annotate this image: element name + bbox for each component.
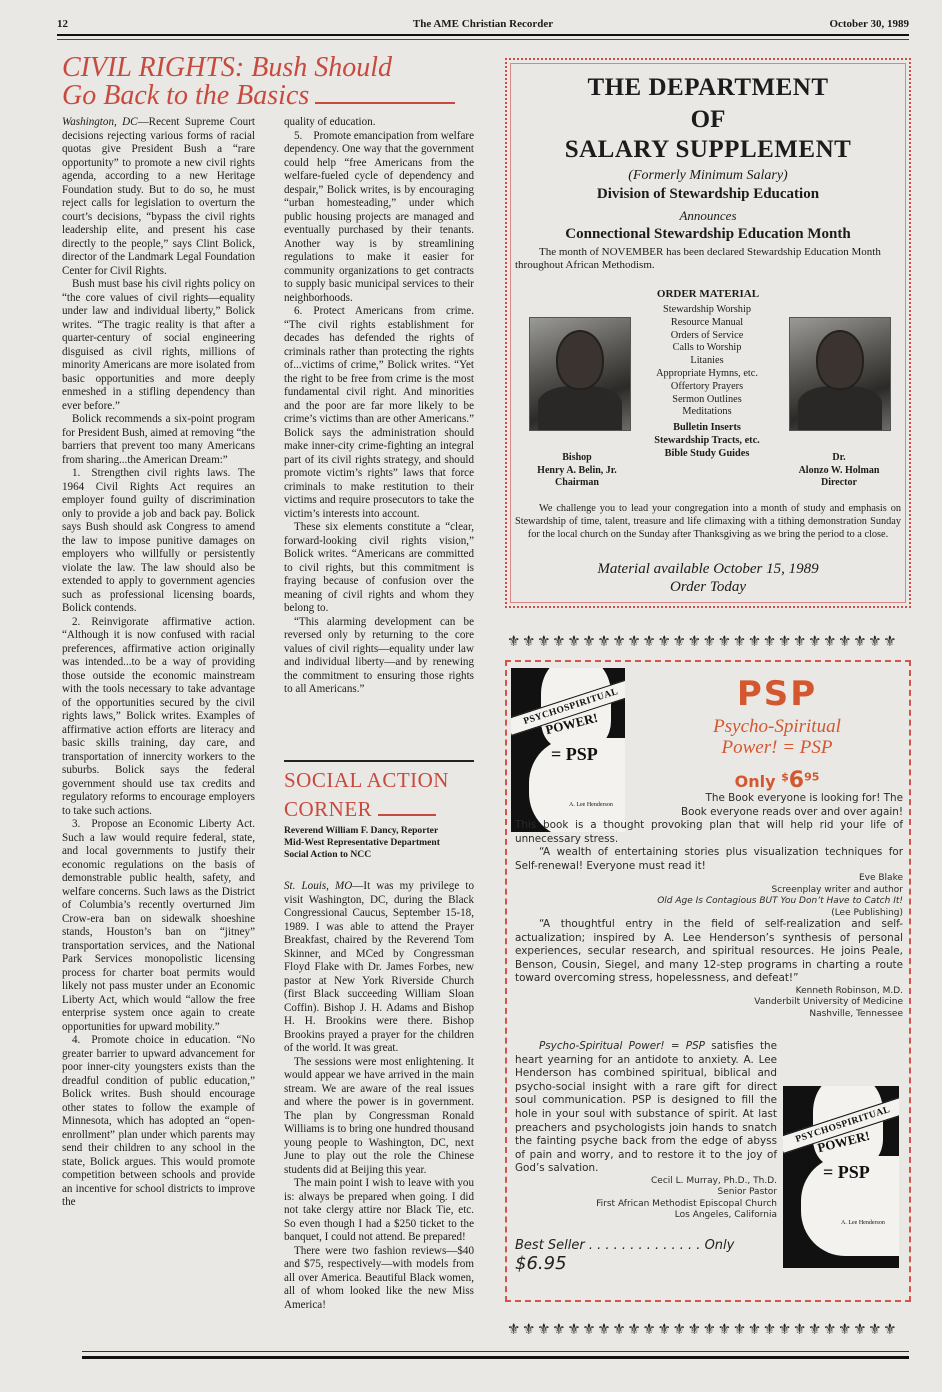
social-action-title: SOCIAL ACTION CORNER [284,766,484,824]
article-column-2: quality of education. 5. Promote emancip… [284,116,474,697]
fleur-de-lis-divider: ⚜⚜⚜⚜⚜⚜⚜⚜⚜⚜⚜⚜⚜⚜⚜⚜⚜⚜⚜⚜⚜⚜⚜⚜⚜⚜ [507,632,909,651]
article-paragraph: 3. Propose an Economic Liberty Act. Such… [62,818,255,1034]
headline-line-1: CIVIL RIGHTS: Bush Should [62,54,482,82]
article-paragraph: St. Louis, MO—It was my privilege to vis… [284,880,474,1056]
testimonial-cecil-murray: Psycho-Spiritual Power! = PSP satisfies … [515,1040,777,1222]
article-paragraph: 4. Promote choice in education. “No grea… [62,1034,255,1210]
article-paragraph: 5. Promote emancipation from welfare dep… [284,130,474,306]
dr-holman-photo [789,317,891,431]
publication-name: The AME Christian Recorder [57,18,909,30]
order-item: Litanies [627,355,787,368]
masthead-rule-thin [57,39,909,40]
masthead: 12 The AME Christian Recorder October 30… [57,18,909,32]
declaration: The month of NOVEMBER has been declared … [515,246,901,272]
article-paragraph: There were two fashion reviews—$40 and $… [284,1245,474,1313]
footer-rule [82,1356,909,1359]
month-title: Connectional Stewardship Education Month [507,226,909,243]
article-paragraph: The main point I wish to leave with you … [284,1177,474,1245]
order-item: Orders of Service [627,330,787,343]
price-tag: Only $695 [647,768,907,793]
book-cover-image: PSYCHOSPIRITUAL POWER! = PSP A. Lee Hend… [783,1086,899,1268]
issue-date: October 30, 1989 [829,18,909,30]
headline-line-2: Go Back to the Basics [62,80,309,111]
order-item: Bulletin Inserts [627,422,787,435]
intro-text: The Book everyone is looking for! The Bo… [515,792,903,846]
order-item: Stewardship Tracts, etc. [627,435,787,448]
title-underline [378,813,436,816]
article-paragraph: Bush must base his civil rights policy o… [62,278,255,413]
order-item: Resource Manual [627,317,787,330]
psp-logo: PSP [647,674,907,714]
salary-supplement-ad: THE DEPARTMENT OF SALARY SUPPLEMENT (For… [505,58,911,608]
byline: Reverend William F. Dancy, Reporter Mid-… [284,825,484,861]
testimonial-eve-blake: “A wealth of entertaining stories plus v… [515,846,903,919]
best-seller-price: Best Seller . . . . . . . . . . . . . . … [515,1238,777,1274]
masthead-rule [57,34,909,36]
order-item: Offertory Prayers [627,381,787,394]
order-item: Sermon Outlines [627,394,787,407]
section-divider [284,760,474,762]
order-item: Bible Study Guides [627,448,787,461]
photo-caption-chairman: Bishop Henry A. Belin, Jr. Chairman [517,452,637,490]
challenge-text: We challenge you to lead your congregati… [515,502,901,541]
article-column-1: Washington, DC—Recent Supreme Court deci… [62,116,255,1210]
article-paragraph: 6. Protect Americans from crime. “The ci… [284,305,474,521]
article-paragraph: 2. Reinvigorate affirmative action. “Alt… [62,616,255,819]
order-item: Calls to Worship [627,342,787,355]
psp-book-ad: PSYCHOSPIRITUAL POWER! = PSP A. Lee Hend… [505,660,911,1302]
article-paragraph: Washington, DC—Recent Supreme Court deci… [62,116,255,278]
availability-notice: Material available October 15, 1989 Orde… [507,560,909,596]
order-item: Meditations [627,406,787,419]
fleur-de-lis-divider: ⚜⚜⚜⚜⚜⚜⚜⚜⚜⚜⚜⚜⚜⚜⚜⚜⚜⚜⚜⚜⚜⚜⚜⚜⚜⚜ [507,1320,909,1339]
ad-subtitle: (Formerly Minimum Salary) [507,168,909,184]
order-items-list: Stewardship Worship Resource Manual Orde… [627,304,787,461]
order-item: Stewardship Worship [627,304,787,317]
dateline: St. Louis, MO [284,880,352,892]
article-paragraph: The sessions were most enlightening. It … [284,1056,474,1178]
article-paragraph: These six elements constitute a “clear, … [284,521,474,616]
photo-caption-director: Dr. Alonzo W. Holman Director [779,452,899,490]
article-paragraph: Bolick recommends a six-point program fo… [62,413,255,467]
article-headline: CIVIL RIGHTS: Bush Should Go Back to the… [62,54,482,110]
headline-underline [315,101,455,104]
psp-subtitle: Psycho-Spiritual Power! = PSP [647,716,907,758]
ad-title: THE DEPARTMENT [507,74,909,102]
order-heading: ORDER MATERIAL [507,288,909,300]
article-paragraph: 1. Strengthen civil rights laws. The 196… [62,467,255,616]
division-name: Division of Stewardship Education [507,186,909,203]
testimonial-kenneth-robinson: “A thoughtful entry in the field of self… [515,918,903,1020]
bishop-belin-photo [529,317,631,431]
article-paragraph: quality of education. [284,116,474,130]
social-action-body: St. Louis, MO—It was my privilege to vis… [284,880,474,1312]
dateline: Washington, DC [62,116,138,128]
footer-rule-thin [82,1351,909,1352]
article-paragraph: “This alarming development can be revers… [284,616,474,697]
order-item: Appropriate Hymns, etc. [627,368,787,381]
